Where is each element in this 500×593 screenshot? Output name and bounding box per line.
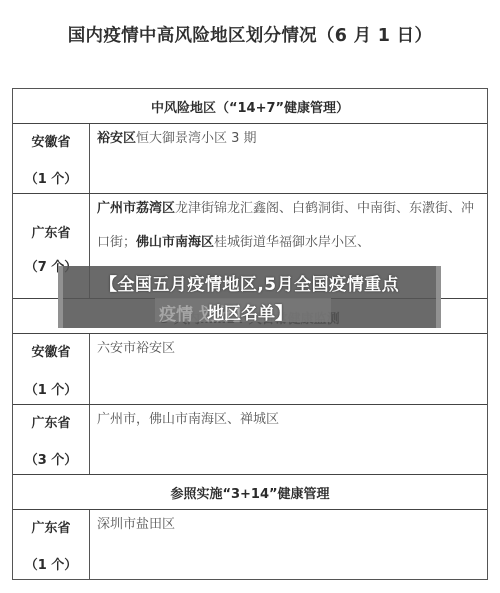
province-count: （1 个）: [13, 168, 89, 187]
area-text: 六安市裕安区: [97, 341, 175, 356]
risk-area-table: 中风险地区（“14+7”健康管理） 安徽省 （1 个） 裕安区恒大御景湾小区 3…: [12, 88, 488, 580]
area-bold: 佛山市南海区: [136, 235, 214, 250]
province-cell: 广东省 （3 个）: [13, 405, 90, 474]
banner-line-2: 地区名单】: [63, 299, 436, 324]
banner-line-1: 【全国五月疫情地区,5月全国疫情重点: [63, 270, 436, 295]
area-text: 广州市，佛山市南海区、禅城区: [97, 412, 279, 427]
area-cell: 六安市裕安区: [97, 332, 479, 366]
table-row: 安徽省 （1 个） 六安市裕安区: [13, 334, 487, 405]
page-title: 国内疫情中高风险地区划分情况（6 月 1 日）: [0, 22, 500, 47]
table-row: 安徽省 （1 个） 裕安区恒大御景湾小区 3 期: [13, 124, 487, 194]
province-count: （1 个）: [13, 379, 89, 398]
area-cell: 深圳市盐田区: [97, 508, 479, 542]
province-count: （1 个）: [13, 554, 89, 573]
province-cell: 安徽省 （1 个）: [13, 124, 90, 193]
province-name: 广东省: [13, 517, 89, 536]
table-row: 广东省 （3 个） 广州市，佛山市南海区、禅城区: [13, 405, 487, 475]
province-name: 广东省: [13, 412, 89, 431]
province-name: 广东省: [13, 222, 89, 241]
area-text: 桂城街道华福御水岸小区、: [214, 235, 370, 250]
province-name: 安徽省: [13, 341, 89, 360]
area-cell: 裕安区恒大御景湾小区 3 期: [97, 122, 479, 156]
area-text: 深圳市盐田区: [97, 517, 175, 532]
section-header-medium-risk: 中风险地区（“14+7”健康管理）: [13, 89, 487, 124]
province-cell: 广东省 （1 个）: [13, 510, 90, 579]
province-cell: 安徽省 （1 个）: [13, 334, 90, 404]
caption-banner: 【全国五月疫情地区,5月全国疫情重点 疫情 划分】 地区名单】: [58, 266, 441, 328]
area-bold: 裕安区: [97, 131, 136, 146]
section-header-reference: 参照实施“3+14”健康管理: [13, 475, 487, 510]
section-header-label: 参照实施“3+14”健康管理: [170, 483, 329, 502]
province-name: 安徽省: [13, 131, 89, 150]
table-row: 广东省 （1 个） 深圳市盐田区: [13, 510, 487, 579]
area-text: 恒大御景湾小区 3 期: [136, 131, 257, 146]
province-count: （3 个）: [13, 449, 89, 468]
section-header-label: 中风险地区（“14+7”健康管理）: [151, 97, 349, 116]
area-cell: 广州市荔湾区龙津街锦龙汇鑫阁、白鹤洞街、中南街、东漖街、冲口街；佛山市南海区桂城…: [97, 192, 479, 260]
area-cell: 广州市，佛山市南海区、禅城区: [97, 403, 479, 437]
area-bold: 广州市荔湾区: [97, 201, 175, 216]
